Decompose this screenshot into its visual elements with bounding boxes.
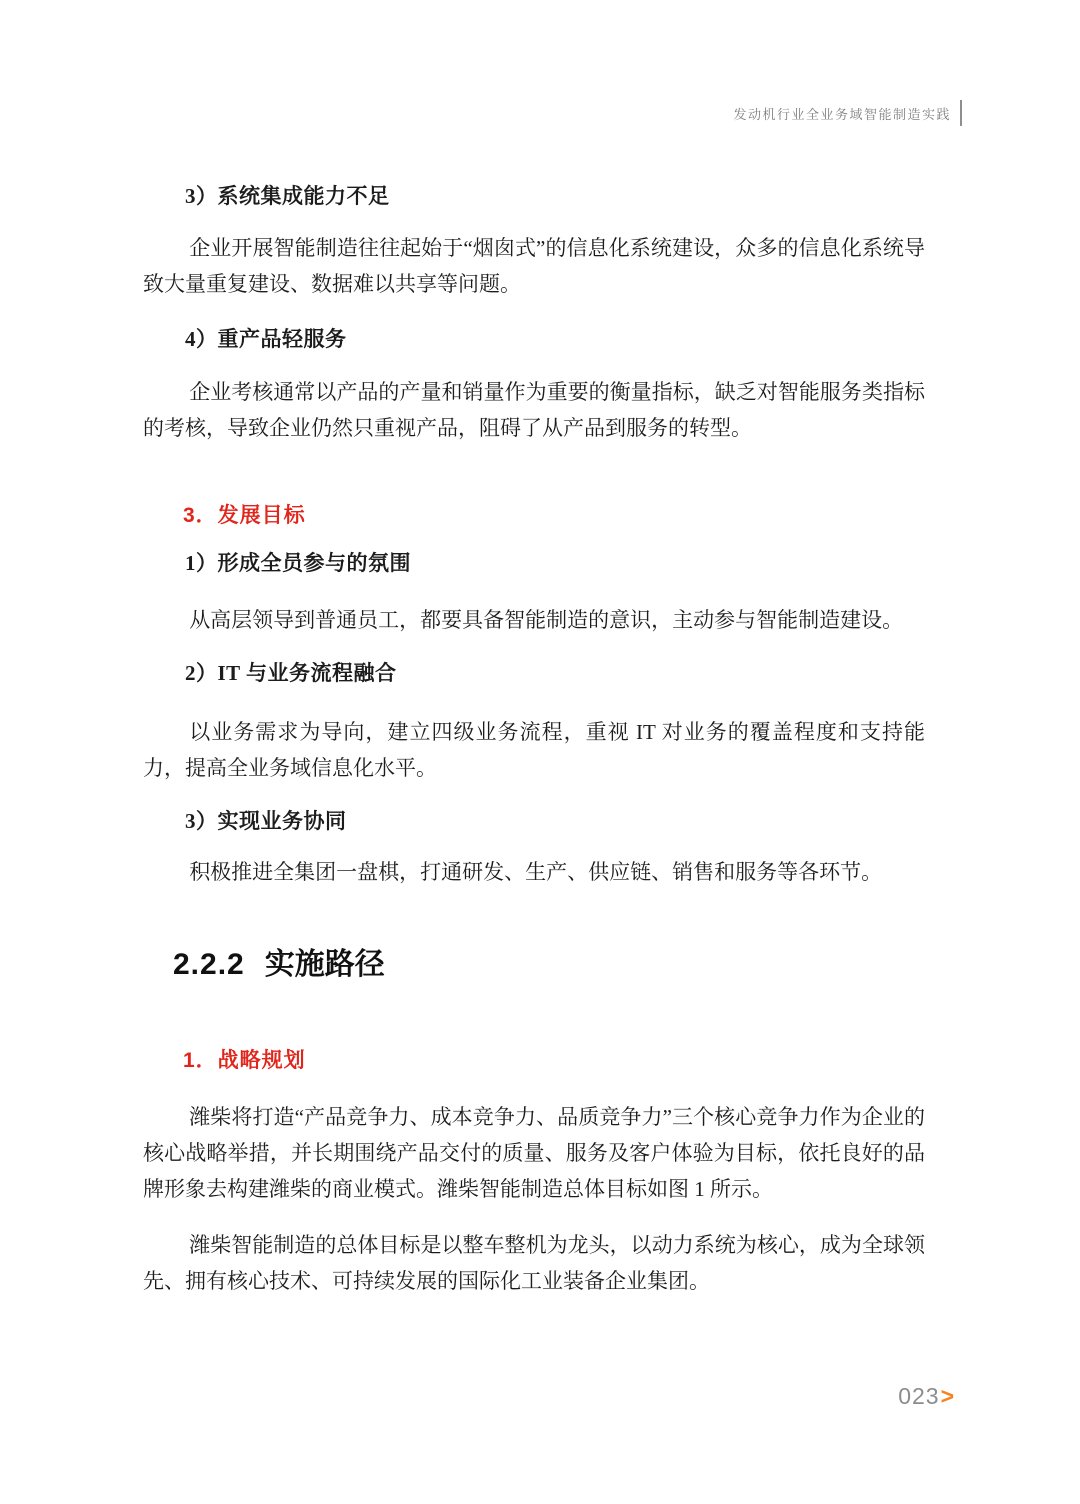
book-page: 发动机行业全业务域智能制造实践 3）系统集成能力不足 企业开展智能制造往往起始于… [0,0,1080,1504]
item-heading-it-business-fusion: 2）IT 与业务流程融合 [185,660,925,686]
red-heading-development-goals: 3．发展目标 [183,503,925,529]
section-heading-implementation-path: 2.2.2实施路径 [173,945,925,985]
paragraph-overall-goal: 潍柴智能制造的总体目标是以整车整机为龙头，以动力系统为核心，成为全球领先、拥有核… [143,1227,925,1299]
item-heading-participation-atmosphere: 1）形成全员参与的氛围 [185,550,925,576]
paragraph-chimney-systems: 企业开展智能制造往往起始于“烟囱式”的信息化系统建设，众多的信息化系统导致大量重… [143,230,925,302]
red-heading-strategic-planning: 1．战略规划 [183,1048,925,1074]
page-number: 023 [898,1383,939,1410]
paragraph-business-process-levels: 以业务需求为导向，建立四级业务流程，重视 IT 对业务的覆盖程度和支持能力，提高… [143,714,925,786]
main-text-column: 3）系统集成能力不足 企业开展智能制造往往起始于“烟囱式”的信息化系统建设，众多… [143,0,925,1299]
paragraph-all-staff-awareness: 从高层领导到普通员工，都要具备智能制造的意识，主动参与智能制造建设。 [143,602,925,638]
page-footer: 023 > [898,1383,954,1410]
paragraph-group-coordination: 积极推进全集团一盘棋，打通研发、生产、供应链、销售和服务等各环节。 [143,854,925,890]
section-number: 2.2.2 [173,948,245,981]
item-heading-system-integration: 3）系统集成能力不足 [185,183,925,209]
paragraph-core-competitiveness: 潍柴将打造“产品竞争力、成本竞争力、品质竞争力”三个核心竞争力作为企业的核心战略… [143,1099,925,1207]
item-heading-product-over-service: 4）重产品轻服务 [185,326,925,352]
section-title: 实施路径 [265,948,385,981]
page-number-arrow-icon: > [941,1383,954,1410]
item-heading-business-synergy: 3）实现业务协同 [185,808,925,834]
header-rule-divider [960,100,962,126]
paragraph-assessment-metrics: 企业考核通常以产品的产量和销量作为重要的衡量指标，缺乏对智能服务类指标的考核，导… [143,374,925,446]
